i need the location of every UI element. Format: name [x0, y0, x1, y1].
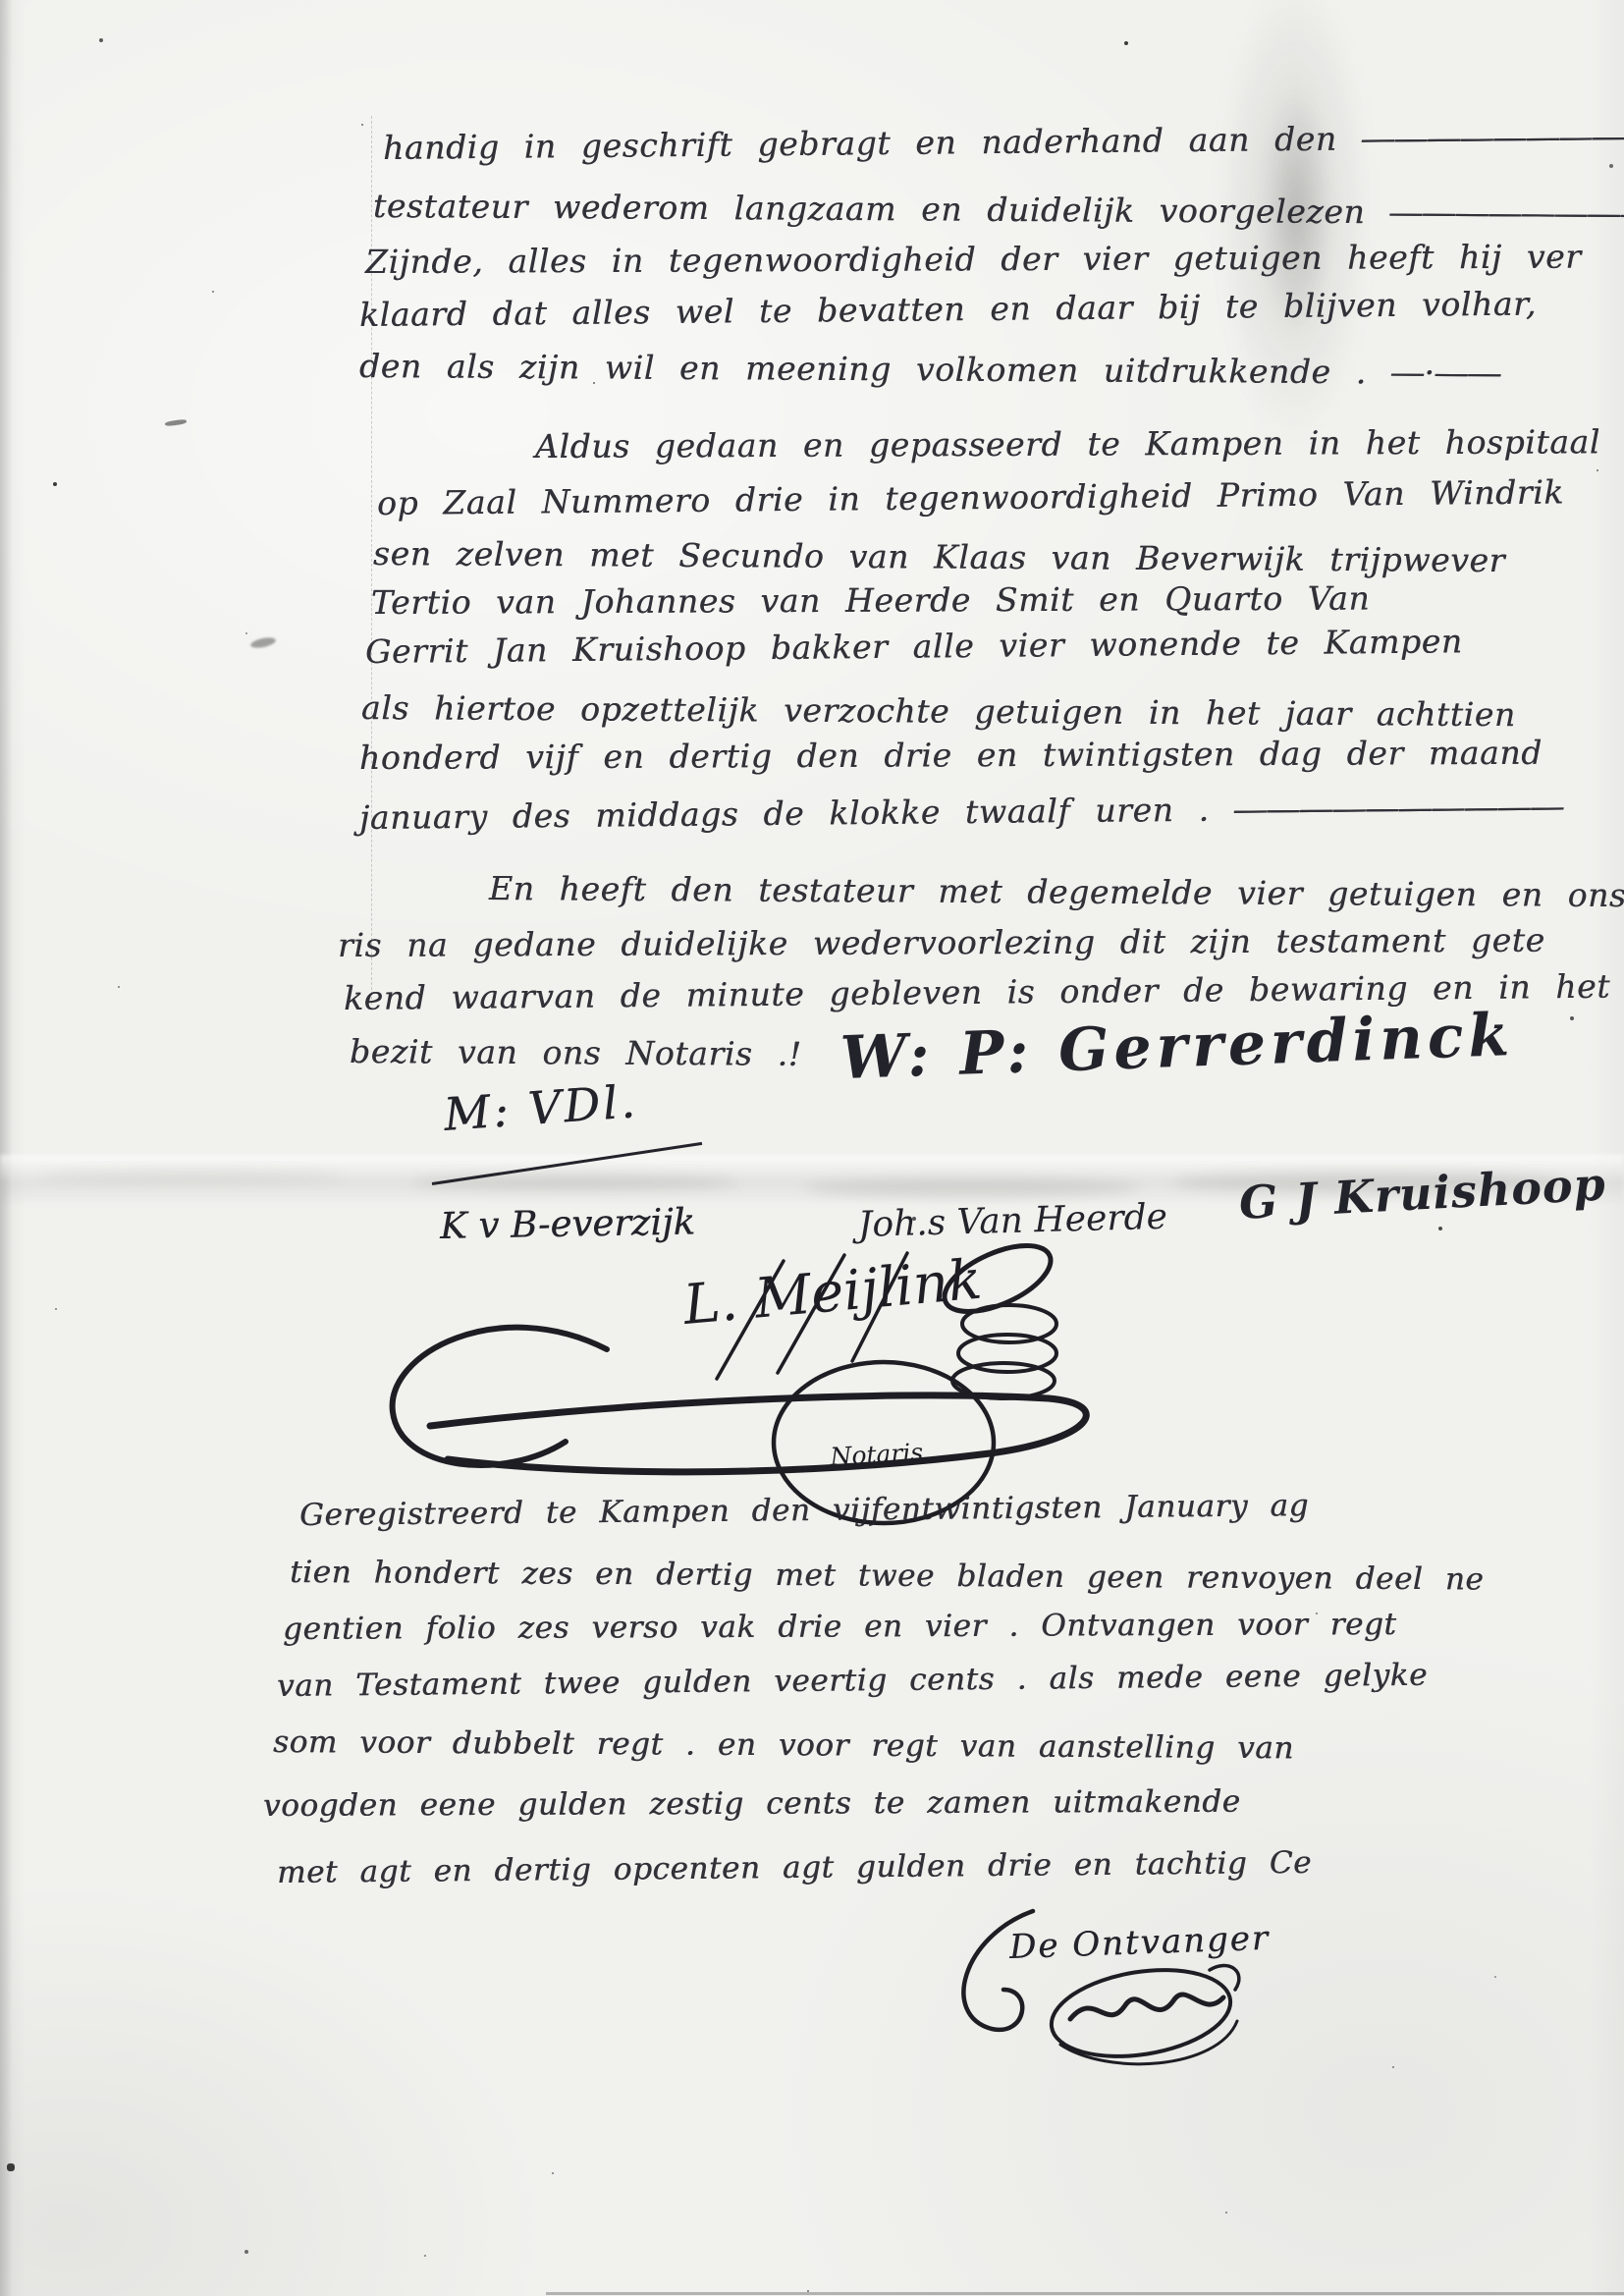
registration-line: tien hondert zes en dertig met twee blad…: [290, 1558, 1485, 1595]
signature-initials: M: VDl.: [442, 1078, 638, 1137]
scan-edge-bottom: [546, 2292, 1624, 2295]
manuscript-line: bezit van ons Notaris .!: [350, 1035, 802, 1070]
manuscript-line: ris na gedane duidelijke wedervoorlezing…: [338, 924, 1545, 961]
fold-crease-shadow: [412, 1175, 736, 1190]
registration-line: met agt en dertig opcenten agt gulden dr…: [277, 1848, 1312, 1888]
fold-crease-shadow: [39, 1171, 344, 1182]
manuscript-line: den als zijn wil en meening volkomen uit…: [359, 350, 1501, 389]
manuscript-line: january des middags de klokke twaalf ure…: [359, 790, 1564, 834]
dust-specks: [0, 0, 2, 2]
manuscript-line: Zijnde, alles in tegenwoordigheid der vi…: [365, 241, 1582, 278]
manuscript-line: honderd vijf en dertig den drie en twint…: [359, 737, 1543, 774]
manuscript-line: Aldus gedaan en gepasseerd te Kampen in …: [535, 425, 1600, 463]
manuscript-line: En heeft den testateur met degemelde vie…: [489, 872, 1624, 912]
manuscript-line: Gerrit Jan Kruishoop bakker alle vier wo…: [365, 625, 1463, 668]
manuscript-line: testateur wederom langzaam en duidelijk …: [373, 190, 1624, 230]
manuscript-line: sen zelven met Secundo van Klaas van Bev…: [373, 537, 1505, 576]
manuscript-line: als hiertoe opzettelijk verzochte getuig…: [361, 691, 1516, 731]
notary-title: Notaris: [829, 1438, 924, 1471]
scanned-document-page: handig in geschrift gebragt en naderhand…: [0, 0, 1624, 2296]
manuscript-line: handig in geschrift gebragt en naderhand…: [383, 119, 1624, 164]
signature-testator: W: P: Gerrerdinck: [839, 1006, 1515, 1088]
manuscript-line: Tertio van Johannes van Heerde Smit en Q…: [371, 582, 1370, 619]
ink-smear: [249, 635, 276, 649]
registration-line: van Testament twee gulden veertig cents …: [277, 1661, 1428, 1702]
receiver-signature-flourish: [923, 1895, 1316, 2082]
registration-line: som voor dubbelt regt . en voor regt van…: [273, 1727, 1294, 1764]
notary-signature-name: L. Meijlink: [680, 1248, 985, 1338]
fold-crease-shadow: [805, 1178, 1139, 1197]
registration-line: voogden eene gulden zestig cents te zame…: [263, 1787, 1241, 1822]
left-edge-shading: [0, 0, 13, 2296]
manuscript-line: op Zaal Nummero drie in tegenwoordigheid…: [377, 475, 1564, 519]
registration-line: gentien folio zes verso vak drie en vier…: [283, 1610, 1397, 1645]
ink-smear: [165, 418, 187, 426]
